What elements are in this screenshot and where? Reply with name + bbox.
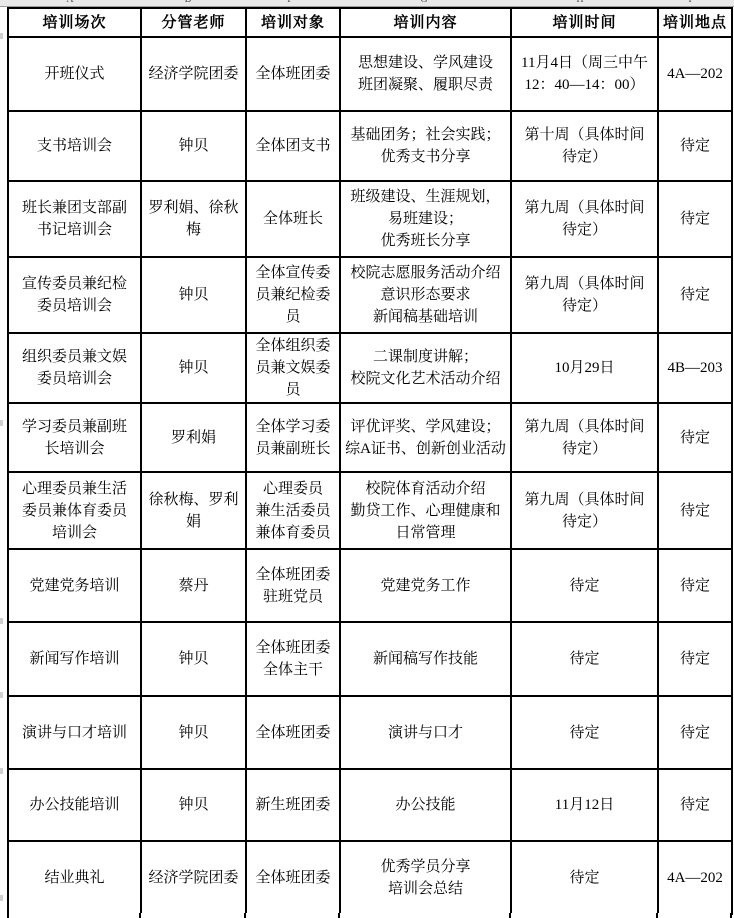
cell[interactable]: 评优评奖、学风建设； 综A证书、创新创业活动 — [340, 403, 511, 472]
cell[interactable]: 钟贝 — [141, 769, 246, 841]
header-cell[interactable]: 培训地点 — [658, 8, 732, 37]
cell[interactable]: 待定 — [511, 841, 658, 914]
table-row: 学习委员兼副班 长培训会罗利娟全体学习委 员兼副班长评优评奖、学风建设； 综A证… — [8, 403, 732, 472]
cell[interactable]: 待定 — [658, 257, 732, 333]
row-number-sliver — [0, 420, 3, 426]
cell[interactable]: 校院体育活动介绍 勤贷工作、心理健康和 日常管理 — [340, 472, 511, 549]
grid-line — [730, 913, 732, 918]
column-letter[interactable]: B — [185, 0, 192, 5]
row-number-sliver — [0, 618, 3, 624]
table-row: 演讲与口才培训钟贝全体班团委演讲与口才待定待定 — [8, 696, 732, 769]
row-number-sliver — [0, 768, 3, 774]
cell[interactable]: 待定 — [658, 403, 732, 472]
cell[interactable]: 第十周（具体时间 待定） — [511, 111, 658, 181]
header-cell[interactable]: 分管老师 — [141, 8, 246, 37]
cell[interactable]: 全体班团委 — [246, 37, 340, 111]
cell[interactable]: 班级建设、生涯规划， 易班建设； 优秀班长分享 — [340, 181, 511, 257]
cell[interactable]: 待定 — [658, 696, 732, 769]
header-cell[interactable]: 培训场次 — [8, 8, 141, 37]
cell[interactable]: 11月12日 — [511, 769, 658, 841]
partial-next-row — [7, 913, 731, 918]
cell[interactable]: 待定 — [658, 769, 732, 841]
row-number-sliver — [0, 33, 3, 39]
cell[interactable]: 二课制度讲解； 校院文化艺术活动介绍 — [340, 333, 511, 403]
cell[interactable]: 心理委员 兼生活委员 兼体育委员 — [246, 472, 340, 549]
cell[interactable]: 第九周（具体时间 待定） — [511, 403, 658, 472]
grid-line — [244, 913, 246, 918]
header-cell[interactable]: 培训内容 — [340, 8, 511, 37]
cell[interactable]: 新闻写作培训 — [8, 622, 141, 696]
cell[interactable]: 待定 — [658, 622, 732, 696]
cell[interactable]: 第九周（具体时间 待定） — [511, 472, 658, 549]
cell[interactable]: 待定 — [658, 549, 732, 622]
column-letter[interactable]: F — [287, 0, 293, 5]
cell[interactable]: 结业典礼 — [8, 841, 141, 914]
grid-line — [338, 913, 340, 918]
cell[interactable]: 全体班团委 驻班党员 — [246, 549, 340, 622]
table-row: 心理委员兼生活 委员兼体育委员 培训会徐秋梅、罗利 娟心理委员 兼生活委员 兼体… — [8, 472, 732, 549]
table-row: 办公技能培训钟贝新生班团委办公技能11月12日待定 — [8, 769, 732, 841]
spreadsheet-view: ABFGHI 培训场次分管老师培训对象培训内容培训时间培训地点 开班仪式经济学院… — [0, 0, 734, 918]
table-row: 宣传委员兼纪检 委员培训会钟贝全体宣传委 员兼纪检委 员校院志愿服务活动介绍 意… — [8, 257, 732, 333]
training-schedule-table: 培训场次分管老师培训对象培训内容培训时间培训地点 开班仪式经济学院团委全体班团委… — [7, 7, 733, 915]
cell[interactable]: 全体学习委 员兼副班长 — [246, 403, 340, 472]
grid-line — [139, 913, 141, 918]
cell[interactable]: 4A—202 — [658, 37, 732, 111]
cell[interactable]: 学习委员兼副班 长培训会 — [8, 403, 141, 472]
cell[interactable]: 全体团支书 — [246, 111, 340, 181]
header-cell[interactable]: 培训对象 — [246, 8, 340, 37]
cell[interactable]: 全体班团委 全体主干 — [246, 622, 340, 696]
cell[interactable]: 待定 — [511, 696, 658, 769]
cell[interactable]: 10月29日 — [511, 333, 658, 403]
cell[interactable]: 钟贝 — [141, 333, 246, 403]
cell[interactable]: 班长兼团支部副 书记培训会 — [8, 181, 141, 257]
column-letter[interactable]: G — [420, 0, 427, 5]
cell[interactable]: 全体宣传委 员兼纪检委 员 — [246, 257, 340, 333]
cell[interactable]: 支书培训会 — [8, 111, 141, 181]
cell[interactable]: 新生班团委 — [246, 769, 340, 841]
cell[interactable]: 心理委员兼生活 委员兼体育委员 培训会 — [8, 472, 141, 549]
table-row: 支书培训会钟贝全体团支书基础团务；社会实践； 优秀支书分享第十周（具体时间 待定… — [8, 111, 732, 181]
cell[interactable]: 基础团务；社会实践； 优秀支书分享 — [340, 111, 511, 181]
header-cell[interactable]: 培训时间 — [511, 8, 658, 37]
cell[interactable]: 全体班团委 — [246, 841, 340, 914]
table-row: 党建党务培训蔡丹全体班团委 驻班党员党建党务工作待定待定 — [8, 549, 732, 622]
cell[interactable]: 办公技能培训 — [8, 769, 141, 841]
cell[interactable]: 经济学院团委 — [141, 37, 246, 111]
cell[interactable]: 校院志愿服务活动介绍 意识形态要求 新闻稿基础培训 — [340, 257, 511, 333]
cell[interactable]: 4B—203 — [658, 333, 732, 403]
grid-line — [509, 913, 511, 918]
column-letter[interactable]: H — [576, 0, 583, 5]
cell[interactable]: 罗利娟 — [141, 403, 246, 472]
cell[interactable]: 待定 — [658, 181, 732, 257]
cell[interactable]: 11月4日（周三中午 12：40—14：00） — [511, 37, 658, 111]
cell[interactable]: 办公技能 — [340, 769, 511, 841]
cell[interactable]: 钟贝 — [141, 257, 246, 333]
cell[interactable]: 罗利娟、徐秋 梅 — [141, 181, 246, 257]
column-letter[interactable]: I — [688, 0, 691, 5]
cell[interactable]: 演讲与口才培训 — [8, 696, 141, 769]
cell[interactable]: 经济学院团委 — [141, 841, 246, 914]
cell[interactable]: 钟贝 — [141, 111, 246, 181]
grid-line — [7, 913, 9, 918]
cell[interactable]: 全体班团委 — [246, 696, 340, 769]
cell[interactable]: 徐秋梅、罗利 娟 — [141, 472, 246, 549]
cell[interactable]: 演讲与口才 — [340, 696, 511, 769]
row-number-sliver — [0, 895, 3, 901]
cell[interactable]: 第九周（具体时间 待定） — [511, 181, 658, 257]
cell[interactable]: 全体班长 — [246, 181, 340, 257]
cell[interactable]: 全体组织委 员兼文娱委 员 — [246, 333, 340, 403]
cell[interactable]: 待定 — [658, 111, 732, 181]
cell[interactable]: 4A—202 — [658, 841, 732, 914]
table-row: 结业典礼经济学院团委全体班团委优秀学员分享 培训会总结待定4A—202 — [8, 841, 732, 914]
table-row: 组织委员兼文娱 委员培训会钟贝全体组织委 员兼文娱委 员二课制度讲解； 校院文化… — [8, 333, 732, 403]
column-header-strip[interactable]: ABFGHI — [0, 0, 734, 7]
cell[interactable]: 思想建设、学风建设 班团凝聚、履职尽责 — [340, 37, 511, 111]
table-row: 班长兼团支部副 书记培训会罗利娟、徐秋 梅全体班长班级建设、生涯规划， 易班建设… — [8, 181, 732, 257]
table-row: 新闻写作培训钟贝全体班团委 全体主干新闻稿写作技能待定待定 — [8, 622, 732, 696]
cell[interactable]: 党建党务工作 — [340, 549, 511, 622]
column-letter[interactable]: A — [66, 0, 73, 5]
cell[interactable]: 蔡丹 — [141, 549, 246, 622]
cell[interactable]: 钟贝 — [141, 696, 246, 769]
grid-line — [656, 913, 658, 918]
cell[interactable]: 党建党务培训 — [8, 549, 141, 622]
cell[interactable]: 第九周（具体时间 待定） — [511, 257, 658, 333]
row-number-sliver — [0, 692, 3, 698]
cell[interactable]: 待定 — [658, 472, 732, 549]
cell[interactable]: 优秀学员分享 培训会总结 — [340, 841, 511, 914]
cell[interactable]: 钟贝 — [141, 622, 246, 696]
cell[interactable]: 新闻稿写作技能 — [340, 622, 511, 696]
cell[interactable]: 组织委员兼文娱 委员培训会 — [8, 333, 141, 403]
table-header-row: 培训场次分管老师培训对象培训内容培训时间培训地点 — [8, 8, 732, 37]
cell[interactable]: 待定 — [511, 622, 658, 696]
cell[interactable]: 开班仪式 — [8, 37, 141, 111]
table-row: 开班仪式经济学院团委全体班团委思想建设、学风建设 班团凝聚、履职尽责11月4日（… — [8, 37, 732, 111]
cell[interactable]: 宣传委员兼纪检 委员培训会 — [8, 257, 141, 333]
cell[interactable]: 待定 — [511, 549, 658, 622]
